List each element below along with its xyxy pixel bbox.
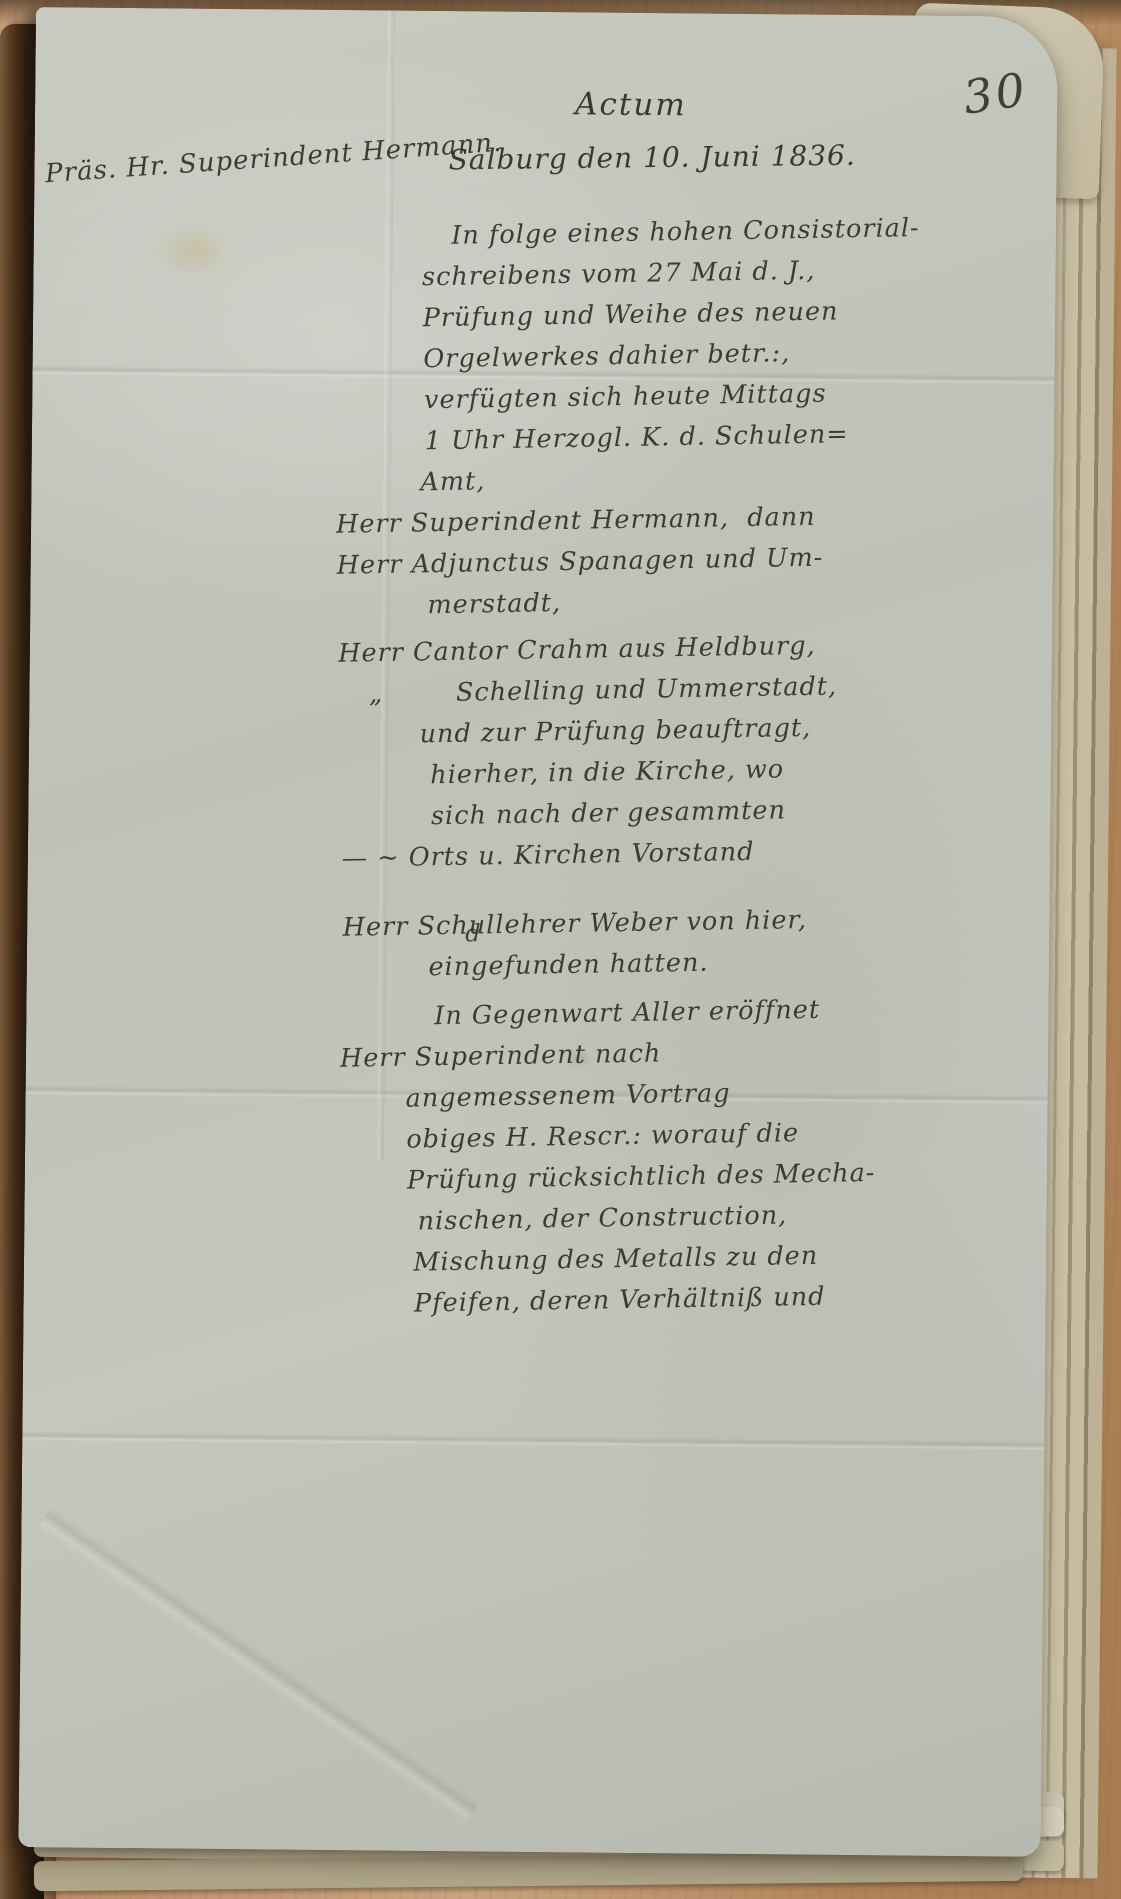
fold-crease-diagonal	[37, 1507, 480, 1823]
manuscript-line: merstadt,	[427, 575, 1033, 626]
folio-number: 30	[960, 62, 1032, 125]
manuscript-body: In folge eines hohen Consistorial- schre…	[326, 206, 1044, 1325]
document-photo: 30 Actum Salburg den 10. Juni 1836. Präs…	[0, 0, 1121, 1899]
fold-crease-horizontal	[22, 1431, 1044, 1451]
paper-stain	[153, 223, 234, 280]
manuscript-page: 30 Actum Salburg den 10. Juni 1836. Präs…	[18, 7, 1058, 1857]
actum-heading: Actum	[575, 86, 687, 123]
dateline: Salburg den 10. Juni 1836.	[448, 139, 856, 177]
manuscript-line: eingefunden hatten.	[428, 937, 1039, 988]
margin-presentation-note: Präs. Hr. Superindent Hermann.	[44, 128, 503, 189]
